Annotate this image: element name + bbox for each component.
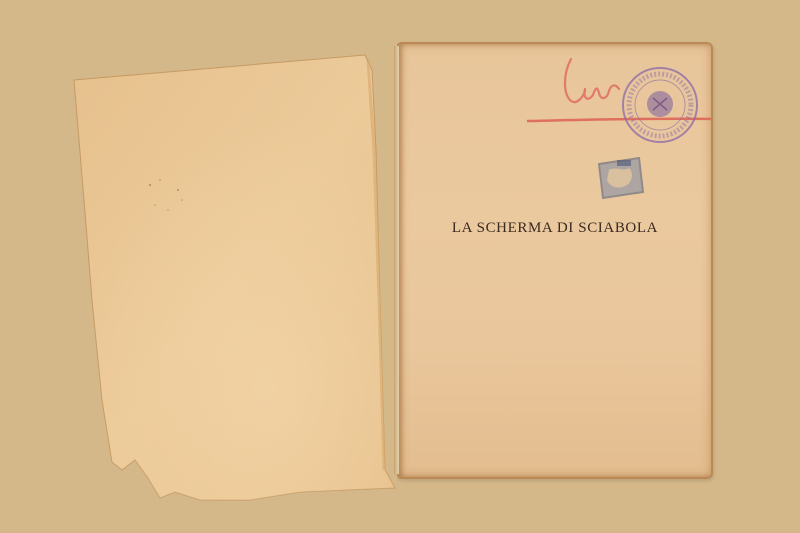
- book-front-cover: LA SCHERMA DI SCIABOLA: [397, 42, 713, 479]
- circular-library-stamp: [619, 64, 701, 146]
- photo-scene: LA SCHERMA DI SCIABOLA: [0, 0, 800, 533]
- book-title: LA SCHERMA DI SCIABOLA: [399, 220, 711, 237]
- square-map-stamp: [595, 156, 645, 200]
